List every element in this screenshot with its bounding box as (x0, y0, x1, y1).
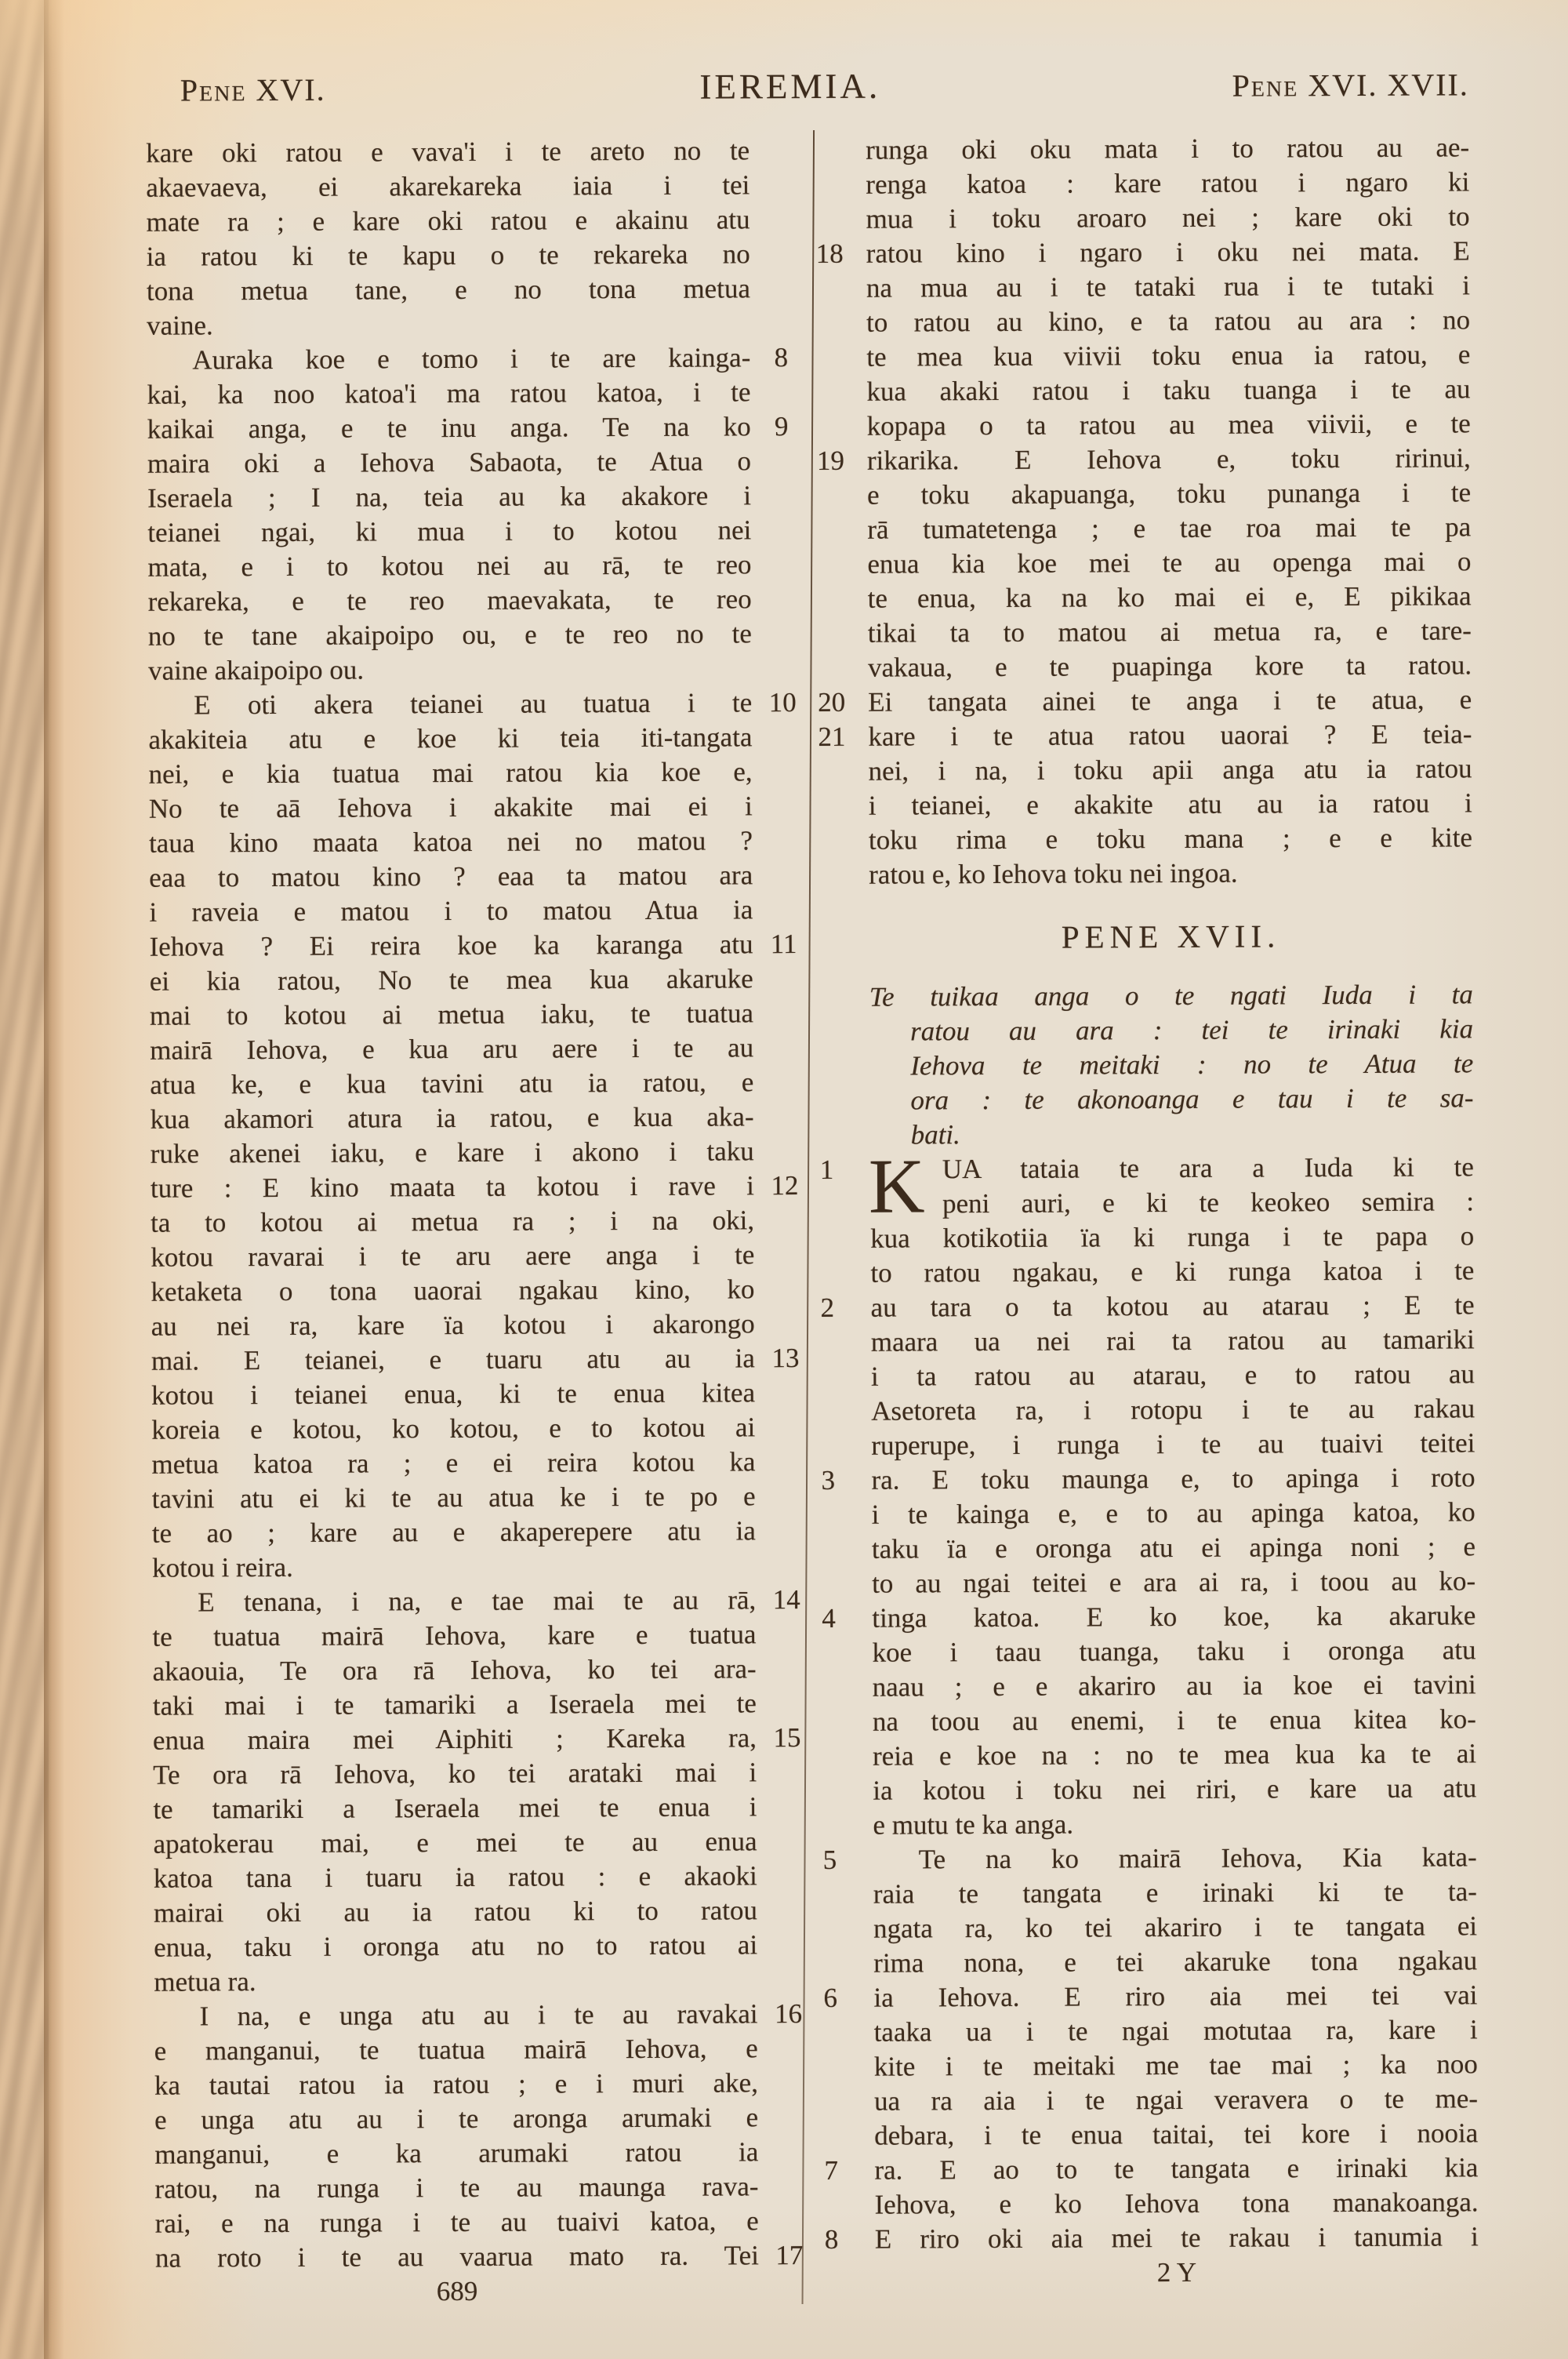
text-line: ora : te akonoanga e tau i te sa- (869, 1081, 1473, 1118)
text-line: to ratou ngakau, e ki runga katoa i te (870, 1253, 1474, 1290)
text-line: kotou i teianei enua, ki te enua kitea (151, 1376, 755, 1412)
text-line: reia e koe na : no te mea kua ka te ai (873, 1736, 1476, 1773)
text-line: i te kainga e, e to au apinga katoa, ko (872, 1495, 1475, 1532)
text-line: enua kia koe mei te au openga mai o (867, 544, 1471, 581)
text-line: mai. E teianei, e tuaru atu au ia (151, 1341, 755, 1378)
text-line: kaikai anga, e te inu anga. Te na ko (147, 409, 751, 446)
text-line: Auraka koe e tomo i te are kainga- (147, 340, 750, 377)
text-line: peni auri, e ki te keokeo semira : (942, 1184, 1474, 1221)
text-line: vaine akaipoipo ou. (148, 651, 752, 688)
text-line: ratou, na runga i te au maunga rava- (154, 2169, 758, 2206)
text-line: ei kia ratou, No te mea kua akaruke (150, 961, 753, 998)
verse-number: 8 (825, 2223, 870, 2257)
verse-number: 2 (821, 1291, 866, 1325)
text-line: ra. E toku maunga e, to apinga i roto (871, 1460, 1475, 1497)
text-line: I na, e unga atu au i te au ravakai (154, 1997, 757, 2034)
text-line: e toku akapuanga, toku punanga i te (867, 475, 1471, 512)
text-line: akaouia, Te ora rā Iehova, ko tei ara- (153, 1652, 757, 1688)
verse-number: 20 (818, 685, 863, 720)
drop-cap: K (869, 1152, 925, 1221)
text-line: vaine. (147, 306, 750, 343)
running-head: Pene XVI. IEREMIA. Pene XVI. XVII. (144, 66, 1477, 136)
text-line: manganui, e ka arumaki ratou ia (154, 2135, 758, 2172)
verse-number: 9 (759, 409, 804, 444)
text-line: raia te tangata e irinaki ki te ta- (873, 1874, 1477, 1911)
text-line: apatokerau mai, e mei te au enua (153, 1824, 757, 1861)
text-line: to ratou au kino, e ta ratou au ara : no (866, 303, 1470, 340)
text-line: te tuatua mairā Iehova, kare e tuatua (152, 1617, 756, 1654)
right-column: runga oki oku mata i to ratou au ae-reng… (866, 130, 1479, 2291)
text-line: mua i toku aroaro nei ; kare oki to (866, 199, 1469, 236)
running-head-right: Pene XVI. XVII. (1232, 66, 1469, 104)
text-line: Ei tangata ainei te anga i te atua, e (868, 682, 1472, 719)
text-line: No te aā Iehova i akakite mai ei i (149, 789, 753, 826)
text-line: ratou e, ko Iehova toku nei ingoa. (869, 855, 1472, 892)
left-column-lines: kare oki ratou e vava'i i te areto no te… (146, 133, 759, 2275)
text-line: taki mai i te tamariki a Iseraela mei te (153, 1686, 757, 1723)
scanned-book-page: { "document": { "header": { "left": "Pen… (0, 0, 1568, 2359)
text-line: kopapa o ta ratou au mea viivii, e te (867, 406, 1471, 443)
verse-number: 6 (823, 1981, 869, 2016)
text-line: mai to kotou ai metua iaku, te tuatua (150, 996, 753, 1033)
text-line: enua, taku i oronga atu no to ratou ai (154, 1928, 757, 1965)
text-line: atua ke, e kua tavini atu ia ratou, e (150, 1065, 753, 1102)
text-line: rima nona, e tei akaruke tona ngakau (873, 1943, 1477, 1980)
right-column-lines: runga oki oku mata i to ratou au ae-reng… (866, 130, 1479, 2256)
text-line: rā tumatetenga ; e tae roa mai te pa (867, 510, 1471, 547)
verse-number: 21 (818, 720, 863, 754)
text-line: no te tane akaipoipo ou, e te reo no te (148, 616, 752, 653)
text-line: kare i te atua ratou uaorai ? E teia- (868, 717, 1472, 754)
text-line: i ta ratou au atarau, e to ratou au (871, 1357, 1475, 1394)
text-line: kai, ka noo katoa'i ma ratou katoa, i te (147, 375, 750, 412)
verse-number: 19 (817, 444, 862, 478)
text-line: Te na ko mairā Iehova, Kia kata- (873, 1840, 1477, 1877)
text-line: teianei ngai, ki mua i to kotou nei (147, 513, 751, 550)
text-line: taku ïa e oronga atu ei apinga noni ; e (872, 1529, 1475, 1566)
text-line: Iehova te meitaki : no te Atua te (869, 1046, 1473, 1083)
text-line: kare oki ratou e vava'i i te areto no te (146, 133, 750, 170)
verse-number: 11 (760, 927, 806, 961)
text-line: kua akaki ratou i taku tuanga i te au (866, 372, 1470, 409)
text-line: ia kotou i toku nei riri, e kare ua atu (873, 1771, 1476, 1808)
text-line: Iehova, e ko Iehova tona manakoanga. (875, 2185, 1479, 2222)
text-line: kua akamori atura ia ratou, e kua aka- (150, 1100, 753, 1136)
verse-number: 5 (823, 1843, 869, 1877)
verse-number: 13 (763, 1341, 808, 1376)
text-line: mata, e i to kotou nei au rā, te reo (147, 547, 751, 584)
text-line: naau ; e e akariro au ia koe ei tavini (873, 1667, 1476, 1704)
text-line: rai, e na runga i te au tuaivi katoa, e (155, 2204, 759, 2241)
verse-number: 7 (824, 2154, 869, 2188)
text-line: Te tuikaa anga o te ngati Iuda i ta (869, 977, 1473, 1014)
text-line: maira oki a Iehova Sabaota, te Atua o (147, 444, 751, 481)
text-line: runga oki oku mata i to ratou au ae- (866, 130, 1469, 167)
text-line: ia Iehova. E riro aia mei tei vai (873, 1978, 1477, 2015)
text-line: ruperupe, i runga i te au tuaivi teitei (871, 1426, 1475, 1463)
verse-number: 1 (820, 1153, 866, 1187)
text-line: koe i taau tuanga, taku i oronga atu (872, 1633, 1475, 1670)
text-line: ra. E ao to te tangata e irinaki kia (874, 2150, 1478, 2187)
text-line: nei, i na, i toku apii anga atu ia ratou (869, 751, 1472, 788)
verse-number: 16 (765, 1997, 811, 2031)
left-column: kare oki ratou e vava'i i te areto no te… (146, 133, 759, 2310)
text-line: Te ora rā Iehova, ko tei arataki mai i (153, 1755, 757, 1792)
text-line: ruke akenei iaku, e kare i akono i taku (151, 1134, 754, 1171)
text-line: E riro oki aia mei te rakau i tanumia i (875, 2219, 1479, 2256)
verse-number: 12 (762, 1169, 808, 1203)
verse-number: 4 (822, 1601, 867, 1636)
text-line: mate ra ; e kare oki ratou e akainu atu (146, 202, 750, 239)
text-line: ka tautai ratou ia ratou ; e i muri ake, (154, 2066, 758, 2103)
text-line: koreia e kotou, ko kotou, e to kotou ai (151, 1410, 755, 1447)
text-line: bati. (870, 1115, 1474, 1152)
text-line: i raveia e matou i to matou Atua ia (149, 892, 753, 929)
verse-number: 3 (821, 1463, 866, 1498)
text-line: ia ratou ki te kapu o te rekareka no (147, 237, 750, 274)
text-line: na toou au enemi, i te enua kitea ko- (873, 1702, 1476, 1739)
text-line: metua ra. (154, 1962, 757, 1999)
text-line: ta to kotou ai metua ra ; i na oki, (151, 1203, 754, 1240)
text-line: nei, e kia tuatua mai ratou kia koe e, (149, 754, 753, 791)
text-line: e mutu te ka anga. (873, 1805, 1476, 1842)
text-line: E tenana, i na, e tae mai te au rā, (152, 1583, 756, 1619)
text-line: tikai ta to matou ai metua ra, e tare- (868, 613, 1472, 650)
text-line: au tara o ta kotou au atarau ; E te (871, 1288, 1475, 1325)
page-number: 689 (155, 2273, 759, 2310)
text-line: mairā Iehova, e kua aru aere i te au (150, 1030, 753, 1067)
text-line: kite i te meitaki me tae mai ; ka noo (874, 2047, 1478, 2084)
text-line: akaevaeva, ei akarekareka iaia i tei (146, 168, 750, 205)
chapter-heading: PENE XVII. (869, 913, 1472, 959)
text-line: katoa tana i tuaru ia ratou : e akaoki (154, 1859, 757, 1896)
verse-number: 10 (760, 685, 805, 720)
text-line: ngata ra, ko tei akariro i te tangata ei (873, 1909, 1477, 1946)
text-line: toku rima e toku mana ; e e kite (869, 820, 1472, 857)
text-line: Iehova ? Ei reira koe ka karanga atu (149, 927, 753, 964)
text-line: Iseraela ; I na, teia au ka akakore i (147, 478, 751, 515)
text-line: E oti akera teianei au tuatua i te (148, 685, 752, 722)
verse-paragraph-dropcap: KUA tataia te ara a Iuda ki tepeni auri,… (870, 1150, 1474, 1221)
text-line: i teianei, e akakite atu au ia ratou i (869, 786, 1472, 823)
text-line: na mua au i te tataki rua i te tutaki i (866, 268, 1470, 305)
verse-number: 14 (764, 1583, 809, 1617)
verse-number: 18 (816, 237, 862, 271)
text-line: debara, i te enua taitai, tei kore i noo… (874, 2116, 1478, 2153)
text-line: renga katoa : kare ratou i ngaro ki (866, 165, 1469, 202)
verse-number: 8 (758, 340, 804, 375)
column-divider-rule (802, 130, 815, 2304)
text-line: te ao ; kare au e akaperepere atu ia (152, 1514, 756, 1550)
text-line: akakiteia atu e koe ki teia iti-tangata (148, 720, 752, 757)
text-line: taua kino maata katoa nei no matou ? (149, 823, 753, 860)
text-line: kotou i reira. (152, 1548, 756, 1585)
text-line: ua ra aia i te ngai veravera o te me- (874, 2081, 1478, 2118)
text-line: Asetoreta ra, i rotopu i te au rakau (871, 1391, 1475, 1428)
verse-number: 17 (767, 2238, 812, 2273)
text-line: vakaua, e te puapinga kore ta ratou. (868, 648, 1472, 685)
text-line: rekareka, e te reo maevakata, te reo (148, 582, 752, 619)
verse-number: 15 (764, 1721, 810, 1755)
text-line: metua katoa ra ; e ei reira kotou ka (151, 1445, 755, 1481)
text-line: taaka ua i te ngai motutaa ra, kare i (874, 2012, 1478, 2049)
text-line: au nei ra, kare ïa kotou i akarongo (151, 1307, 755, 1343)
text-line: rikarika. E Iehova e, toku ririnui, (867, 441, 1471, 478)
signature-mark: 2 Y (875, 2254, 1479, 2291)
text-line: eaa to matou kino ? eaa ta matou ara (149, 858, 753, 895)
text-line: UA tataia te ara a Iuda ki te (942, 1150, 1474, 1187)
text-line: na roto i te au vaarua mato ra. Tei (155, 2238, 759, 2275)
text-line: maara ua nei rai ta ratou au tamariki (871, 1322, 1475, 1359)
text-line: to au ngai teitei e ara ai ra, i toou au… (872, 1564, 1475, 1601)
text-line: mairai oki au ia ratou ki to ratou (154, 1893, 757, 1930)
text-line: e unga atu au i te aronga arumaki e (154, 2100, 758, 2137)
text-line: ratou au ara : tei te irinaki kia (869, 1012, 1473, 1049)
text-line: e manganui, te tuatua mairā Iehova, e (154, 2031, 758, 2068)
text-line: tona metua tane, e no tona metua (147, 271, 750, 308)
text-line: kua kotikotiia ïa ki runga i te papa o (870, 1219, 1474, 1256)
text-line: ratou kino i ngaro i oku nei mata. E (866, 234, 1470, 271)
text-line: tavini atu ei ki te au atua ke i te po e (152, 1479, 756, 1516)
printed-page: Pene XVI. IEREMIA. Pene XVI. XVII. kare … (144, 66, 1487, 2330)
text-line: ture : E kino maata ta kotou i rave i (151, 1169, 754, 1205)
text-line: te mea kua viivii toku enua ia ratou, e (866, 337, 1470, 374)
adjacent-page-edge (0, 0, 49, 2359)
text-line: ketaketa o tona uaorai ngakau kino, ko (151, 1272, 754, 1309)
text-line: enua maira mei Aiphiti ; Kareka ra, (153, 1721, 757, 1757)
text-line: tinga katoa. E ko koe, ka akaruke (872, 1598, 1475, 1635)
text-line: kotou ravarai i te aru aere anga i te (151, 1238, 754, 1274)
gutter-shadow (44, 0, 64, 2359)
text-line: te tamariki a Iseraela mei te enua i (153, 1790, 757, 1826)
text-line: te enua, ka na ko mai ei e, E pikikaa (868, 579, 1472, 616)
